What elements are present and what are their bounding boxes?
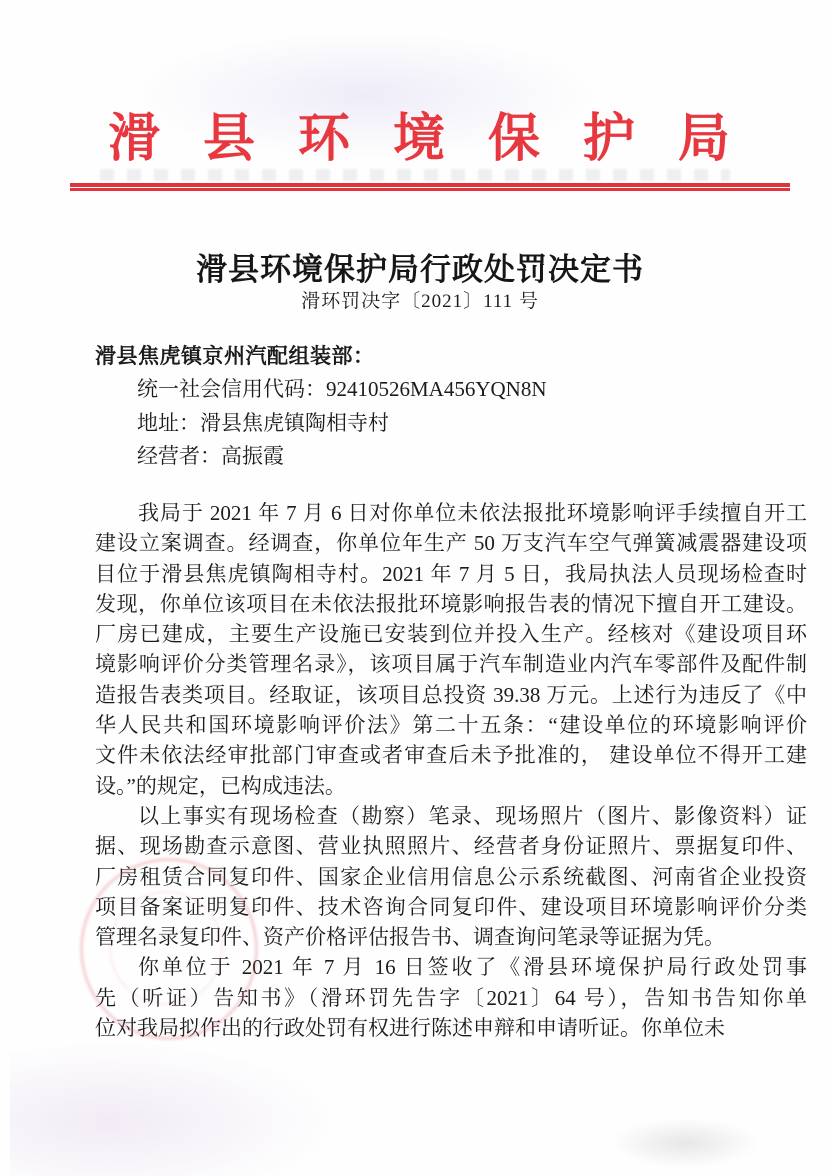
- seal-bleedthrough: [80, 858, 258, 1040]
- recipient-operator: 经营者：高振霞: [137, 440, 807, 473]
- recipient-name: 滑县焦虎镇京州汽配组装部：: [95, 340, 807, 373]
- recipient-address: 地址：滑县焦虎镇陶相寺村: [137, 407, 807, 440]
- agency-char: 环: [298, 112, 350, 168]
- recipient-credit-code: 统一社会信用代码：92410526MA456YQN8N: [137, 373, 807, 406]
- body-line: 华人民共和国环境影响评价法》第二十五条：“建设单位的环境影响评价: [95, 710, 807, 740]
- body-line: 设。”的规定，已构成违法。: [95, 771, 807, 801]
- letterhead-rule: [70, 183, 790, 191]
- bleedthrough-ghost-text: [100, 169, 730, 181]
- body-line: 以上事实有现场检查（勘察）笔录、现场照片（图片、影像资料）证: [95, 801, 807, 831]
- agency-char: 县: [203, 112, 255, 168]
- body-line: 发现，你单位该项目在未依法报批环境影响报告表的情况下擅自开工建设。: [95, 589, 807, 619]
- agency-name: 滑县环境保护局: [108, 112, 730, 168]
- body-line: 据、现场勘查示意图、营业执照照片、经营者身份证照片、票据复印件、: [95, 831, 807, 861]
- body-line: 目位于滑县焦虎镇陶相寺村。2021 年 7 月 5 日，我局执法人员现场检查时: [95, 559, 807, 589]
- scan-smudge-bottom-center: [610, 1118, 760, 1168]
- agency-char: 滑: [108, 112, 160, 168]
- agency-char: 保: [488, 112, 540, 168]
- body-line: 我局于 2021 年 7 月 6 日对你单位未依法报批环境影响评手续擅自开工: [95, 498, 807, 528]
- body-line: 厂房已建成，主要生产设施已安装到位并投入生产。经核对《建设项目环: [95, 619, 807, 649]
- rule-bottom-bar: [70, 188, 790, 191]
- document-page: 滑县环境保护局 滑县环境保护局行政处罚决定书 滑环罚决字〔2021〕111 号 …: [0, 0, 831, 1176]
- scan-smudge-bottom-left: [10, 1040, 340, 1176]
- agency-char: 局: [678, 112, 730, 168]
- recipient-block: 滑县焦虎镇京州汽配组装部： 统一社会信用代码：92410526MA456YQN8…: [95, 340, 807, 474]
- document-title: 滑县环境保护局行政处罚决定书: [90, 249, 750, 291]
- document-number: 滑环罚决字〔2021〕111 号: [90, 289, 750, 315]
- seal-bleedthrough-inner-ring: [109, 891, 223, 1005]
- body-line: 造报告表类项目。经取证，该项目总投资 39.38 万元。上述行为违反了《中: [95, 680, 807, 710]
- body-line: 文件未依法经审批部门审查或者审查后未予批准的， 建设单位不得开工建: [95, 740, 807, 770]
- agency-char: 境: [393, 112, 445, 168]
- body-line: 建设立案调查。经调查，你单位年生产 50 万支汽车空气弹簧减震器建设项: [95, 528, 807, 558]
- body-line: 境影响评价分类管理名录》，该项目属于汽车制造业内汽车零部件及配件制: [95, 649, 807, 679]
- agency-char: 护: [583, 112, 635, 168]
